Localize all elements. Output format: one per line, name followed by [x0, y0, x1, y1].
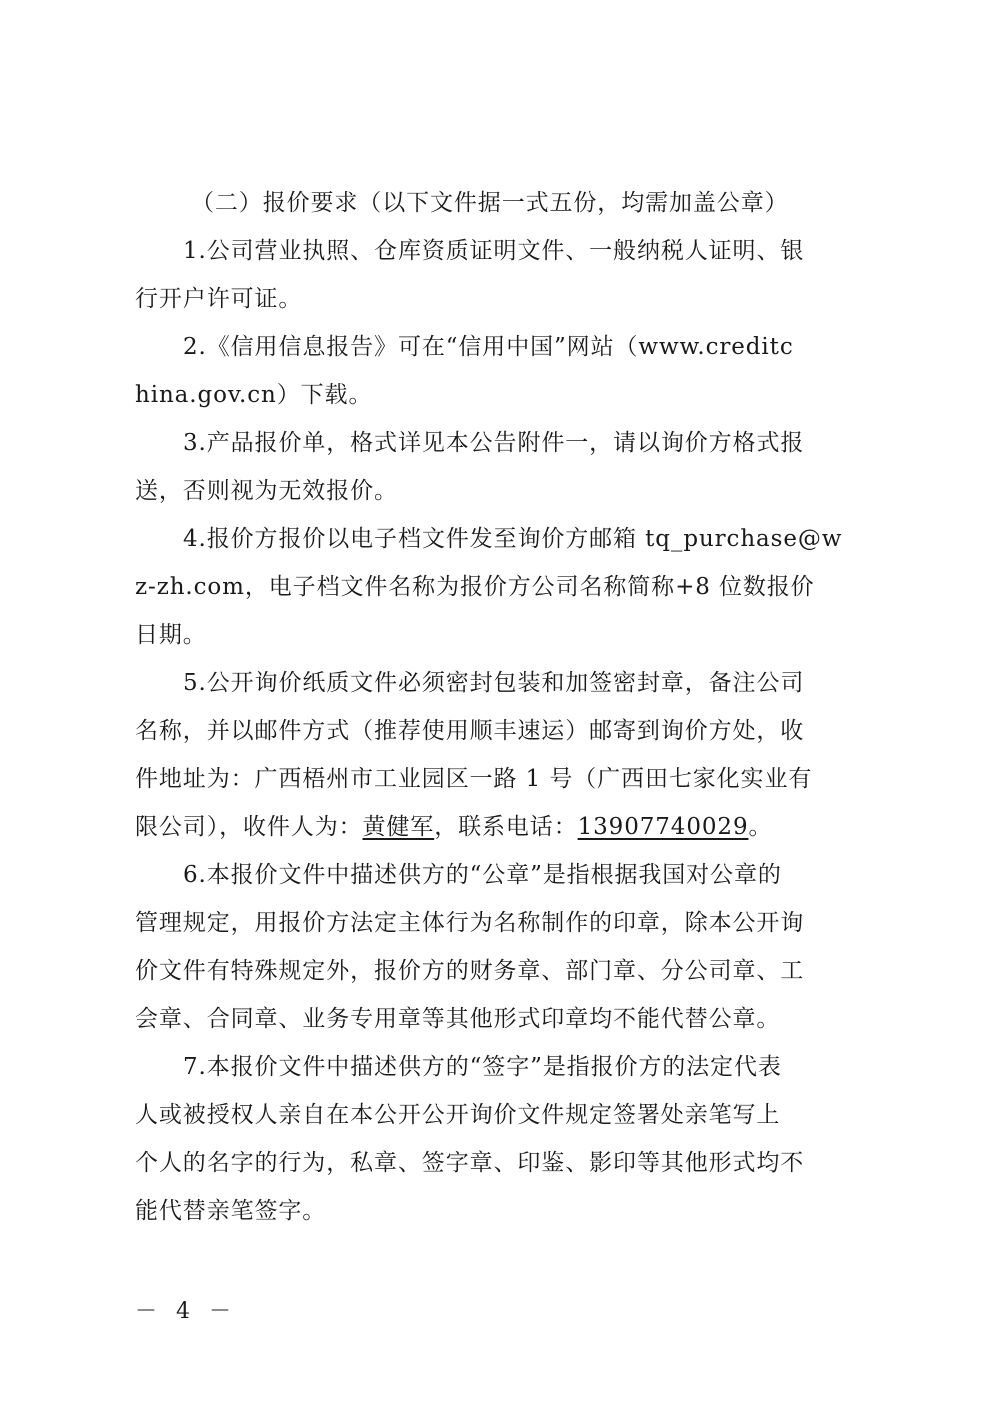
page-number: － 4 － — [135, 1296, 237, 1328]
item-4-line-1: 4.报价方报价以电子档文件发至询价方邮箱 tq_purchase@w — [135, 519, 880, 559]
item-5-line-4: 限公司），收件人为：黄健军，联系电话：13907740029。 — [135, 807, 880, 847]
item-6-line-3: 价文件有特殊规定外，报价方的财务章、部门章、分公司章、工 — [135, 951, 880, 991]
item-number: 7. — [183, 1054, 207, 1080]
item-6-line-2: 管理规定，用报价方法定主体行为名称制作的印章，除本公开询 — [135, 903, 880, 943]
item-number: 4. — [183, 526, 207, 552]
item-7-line-2: 人或被授权人亲自在本公开公开询价文件规定签署处亲笔写上 — [135, 1095, 880, 1135]
item-1-line-2: 行开户许可证。 — [135, 279, 880, 319]
item-number: 5. — [183, 670, 207, 696]
item-1-line-1: 1.公司营业执照、仓库资质证明文件、一般纳税人证明、银 — [135, 231, 880, 271]
document-page: （二）报价要求（以下文件据一式五份，均需加盖公章） 1.公司营业执照、仓库资质证… — [0, 0, 1000, 1414]
item-3-line-2: 送，否则视为无效报价。 — [135, 471, 880, 511]
item-7-line-3: 个人的名字的行为，私章、签字章、印鉴、影印等其他形式均不 — [135, 1143, 880, 1183]
item-4-line-2: z-zh.com，电子档文件名称为报价方公司名称简称+8 位数报价 — [135, 567, 880, 607]
item-number: 3. — [183, 430, 207, 456]
item-6-line-1: 6.本报价文件中描述供方的“公章”是指根据我国对公章的 — [135, 855, 880, 895]
item-6-line-4: 会章、合同章、业务专用章等其他形式印章均不能代替公章。 — [135, 999, 880, 1039]
item-5-line-2: 名称，并以邮件方式（推荐使用顺丰速运）邮寄到询价方处，收 — [135, 711, 880, 751]
item-number: 1. — [183, 238, 207, 264]
contact-name: 黄健军 — [363, 814, 435, 840]
item-2-line-1: 2.《信用信息报告》可在“信用中国”网站（www.creditc — [135, 327, 880, 367]
contact-phone: 13907740029 — [578, 814, 749, 840]
item-7-line-1: 7.本报价文件中描述供方的“签字”是指报价方的法定代表 — [135, 1047, 880, 1087]
item-5-line-1: 5.公开询价纸质文件必须密封包装和加签密封章，备注公司 — [135, 663, 880, 703]
item-number: 6. — [183, 862, 207, 888]
item-5-line-3: 件地址为：广西梧州市工业园区一路 1 号（广西田七家化实业有 — [135, 759, 880, 799]
item-4-line-3: 日期。 — [135, 615, 880, 655]
item-2-line-2: hina.gov.cn）下载。 — [135, 375, 880, 415]
item-number: 2. — [183, 334, 207, 360]
item-7-line-4: 能代替亲笔签字。 — [135, 1191, 880, 1231]
section-heading: （二）报价要求（以下文件据一式五份，均需加盖公章） — [135, 183, 880, 223]
item-3-line-1: 3.产品报价单，格式详见本公告附件一，请以询价方格式报 — [135, 423, 880, 463]
